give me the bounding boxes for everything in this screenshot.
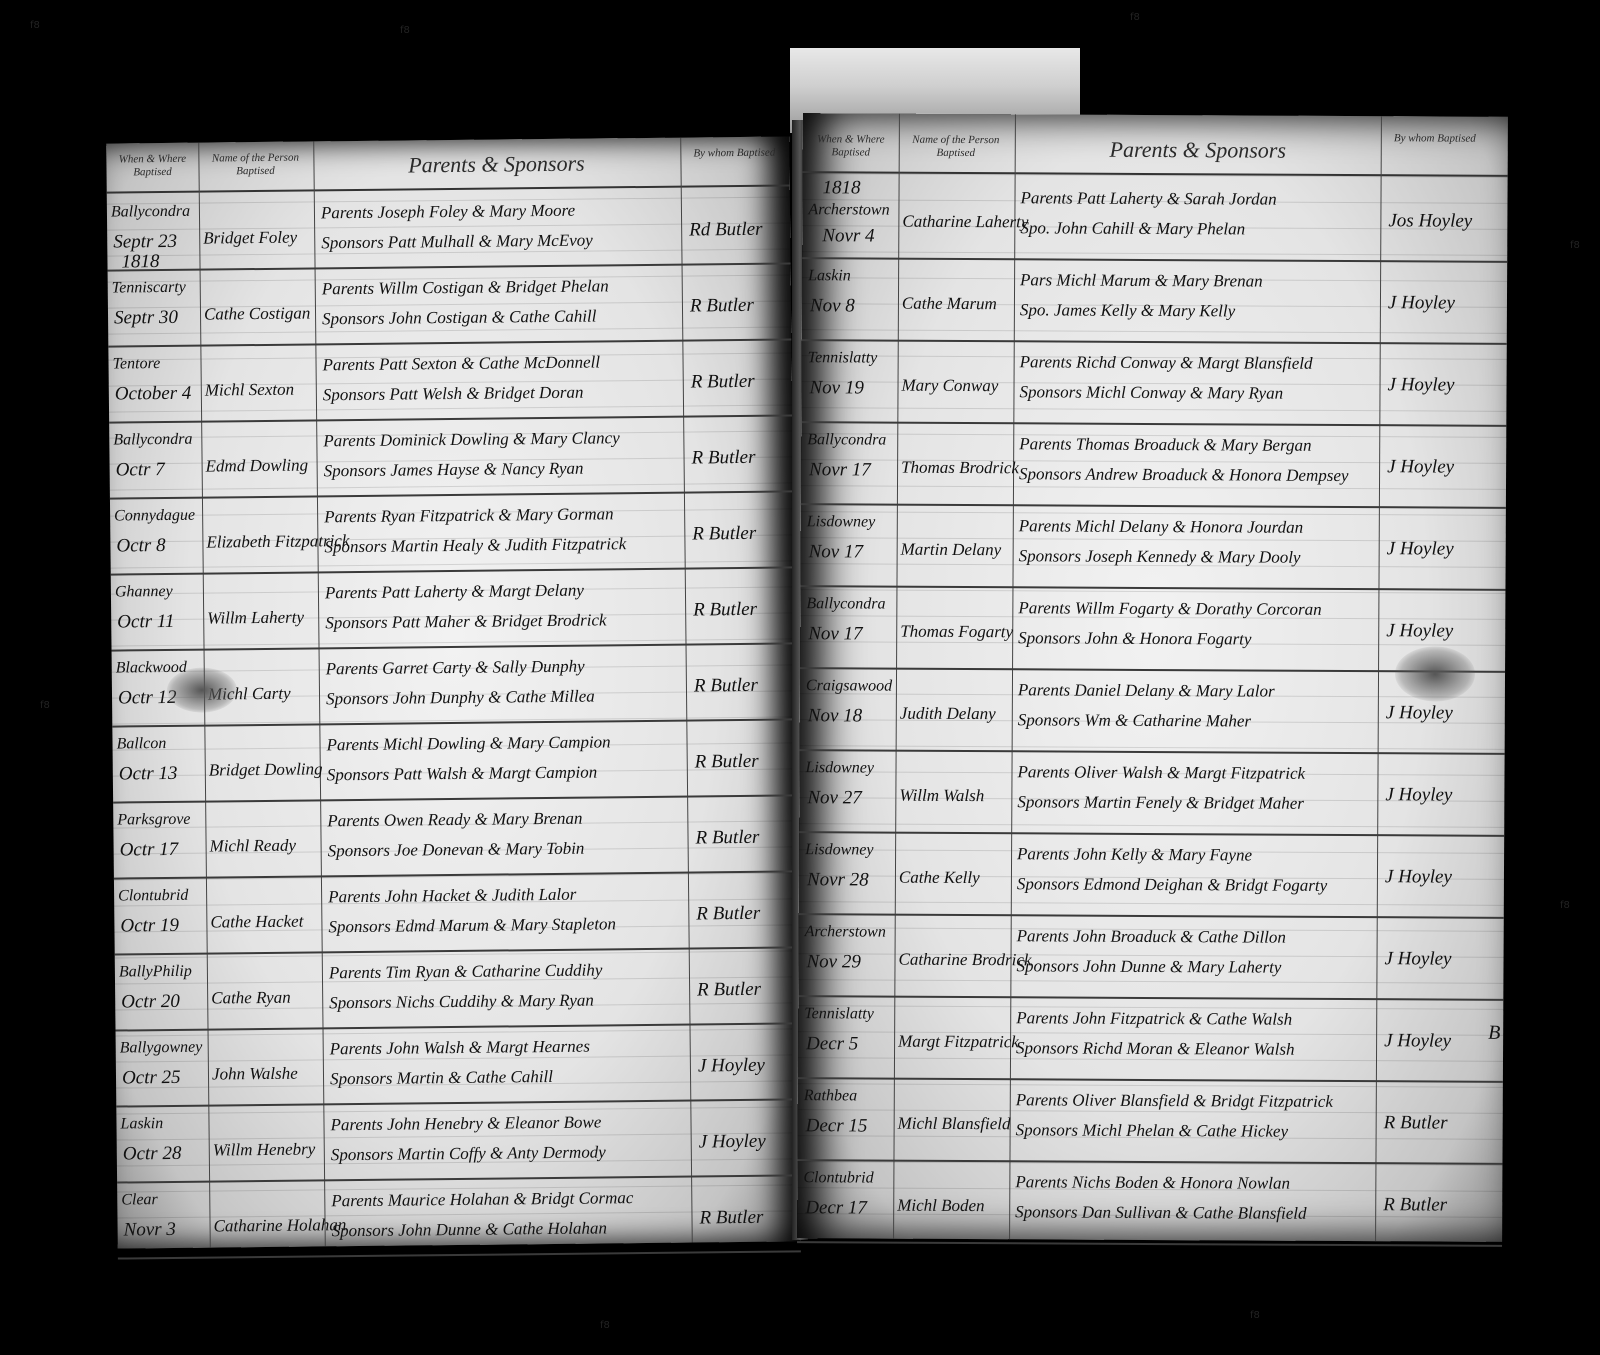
entry-place: Tenniscarty [112,279,186,298]
entry-place: Tentore [112,355,160,373]
entry-name: Cathe Hacket [210,912,303,933]
entry-place: Lisdowney [805,759,874,777]
entry-parents: Parents John Henebry & Eleanor Bowe [330,1112,601,1135]
register-entry: TentoreOctober 4Michl SextonParents Patt… [108,338,792,423]
entry-baptised-by: J Hoyley [1387,374,1454,396]
entry-baptised-by: Rd Butler [689,219,763,242]
entry-parents: Parents Tim Ryan & Catharine Cuddihy [329,960,603,983]
register-entry: ClontubridOctr 19Cathe HacketParents Joh… [114,870,798,955]
entry-date: Decr 5 [806,1033,858,1055]
entry-name: Margt Fitzpatrick [898,1032,1019,1053]
entry-baptised-by: J Hoyley [1386,702,1453,724]
entry-name: Bridget Dowling [209,759,323,780]
ink-stain [1395,646,1475,701]
entry-sponsors: Sponsors Andrew Broaduck & Honora Dempse… [1019,464,1349,486]
entry-sponsors: Sponsors Dan Sullivan & Cathe Blansfield [1015,1202,1306,1224]
entry-parents: Parents Patt Sexton & Cathe McDonnell [322,352,600,375]
entry-parents: Parents Willm Fogarty & Dorathy Corcoran [1018,598,1321,620]
entry-baptised-by: J Hoyley [1387,538,1454,560]
entry-parents: Parents Willm Costigan & Bridget Phelan [322,276,609,299]
entry-place: Laskin [808,267,851,285]
entry-baptised-by: R Butler [694,675,758,698]
entry-place: BallyPhilip [119,963,192,982]
entry-date: Nov 8 [810,295,855,317]
entry-place: Tennislatty [808,349,878,367]
watermark: f8 [1130,12,1140,23]
entry-sponsors: Spo. James Kelly & Mary Kelly [1020,300,1235,321]
entry-baptised-by: R Butler [699,1207,763,1230]
entry-baptised-by: J Hoyley [698,1055,765,1078]
entry-date: Novr 3 [124,1219,176,1242]
entry-place: Rathbea [804,1087,857,1105]
entry-name: Catharine Holahan [213,1215,346,1236]
entry-date: Octr 17 [120,839,179,862]
entry-sponsors: Sponsors Richd Moran & Eleanor Walsh [1016,1038,1295,1059]
entry-baptised-by: R Butler [1383,1194,1447,1216]
entry-baptised-by: R Butler [691,447,755,470]
register-entry: LisdowneyNov 27Willm WalshParents Oliver… [799,749,1504,837]
entry-sponsors: Sponsors Edmond Deighan & Bridgt Fogarty [1017,874,1327,896]
register-entry: LaskinOctr 28Willm HenebryParents John H… [116,1098,800,1183]
entry-name: Cathe Kelly [899,868,980,888]
entry-sponsors: Sponsors Michl Phelan & Cathe Hickey [1016,1120,1289,1141]
entry-date: Septr 23 [113,231,177,254]
right-page: When & Where Baptised Name of the Person… [797,113,1508,1242]
left-header-row: When & Where Baptised Name of the Person… [106,136,789,193]
entry-date: Nov 29 [806,951,860,973]
entry-sponsors: Sponsors John Dunne & Cathe Holahan [332,1218,607,1241]
entry-parents: Parents John Hacket & Judith Lalor [328,885,576,908]
register-entry: BallycondraOctr 7Edmd DowlingParents Dom… [109,414,793,499]
entry-date: Septr 30 [114,307,178,330]
entry-name: Michl Sexton [205,380,294,401]
entry-sponsors: Sponsors John Dunphy & Cathe Millea [326,687,595,710]
entry-date: Nov 19 [809,377,863,399]
entry-name: Michl Ready [209,836,296,857]
entry-baptised-by: R Butler [696,903,760,926]
entry-sponsors: Sponsors John Dunne & Mary Laherty [1016,956,1281,977]
entry-place: Lisdowney [805,841,874,859]
entry-baptised-by: R Butler [692,523,756,546]
entry-name: Willm Henebry [213,1139,316,1160]
entry-place: Parksgrove [117,811,190,830]
entry-date: Octr 13 [119,763,178,786]
entry-name: Bridget Foley [203,228,297,249]
header-name: Name of the Person Baptised [200,151,310,178]
entry-parents: Parents Owen Ready & Mary Brenan [327,809,582,832]
entry-place: Ballycondra [111,203,190,222]
register-entry: BallycondraNovr 17Thomas BrodrickParents… [801,421,1506,509]
entry-date: Nov 18 [808,705,862,727]
entry-sponsors: Sponsors Patt Walsh & Margt Campion [327,763,598,786]
register-entry: TennislattyNov 19Mary ConwayParents Rich… [801,339,1506,427]
register-entry: BallygowneyOctr 25John WalsheParents Joh… [116,1022,800,1107]
entry-date: Nov 17 [808,623,862,645]
entry-parents: Parents Joseph Foley & Mary Moore [321,201,575,224]
entry-name: Willm Laherty [207,608,304,629]
entry-sponsors: Sponsors Wm & Catharine Maher [1018,710,1251,731]
header-when-where: When & Where Baptised [805,133,897,159]
entry-parents: Pars Michl Marum & Mary Brenan [1020,270,1263,291]
entry-name: Michl Boden [897,1196,984,1216]
entry-place: Archerstown [805,923,886,941]
entry-sponsors: Sponsors James Hayse & Nancy Ryan [324,459,584,482]
header-parents-sponsors: Parents & Sponsors [1018,136,1378,164]
entry-sponsors: Sponsors John Costigan & Cathe Cahill [322,306,597,329]
entry-name: Thomas Fogarty [900,622,1013,643]
entry-parents: Parents Dominick Dowling & Mary Clancy [323,428,620,451]
entry-date: Octr 8 [116,535,165,558]
entry-place: Ballycondra [807,431,886,449]
entry-date: Nov 27 [807,787,861,809]
entry-sponsors: Sponsors Joseph Kennedy & Mary Dooly [1019,546,1301,567]
watermark: f8 [1560,900,1570,911]
entry-date: Novr 28 [807,869,869,891]
register-entry: ParksgroveOctr 17Michl ReadyParents Owen… [113,794,797,879]
entry-sponsors: Sponsors Martin Healy & Judith Fitzpatri… [324,534,626,557]
entry-place: Laskin [120,1115,163,1133]
entry-name: Martin Delany [901,540,1002,561]
entry-sponsors: Sponsors Patt Welsh & Bridget Doran [323,383,584,406]
entry-name: Cathe Costigan [204,303,310,324]
entry-sponsors: Sponsors Martin & Cathe Cahill [330,1067,553,1089]
entry-baptised-by: R Butler [1384,1112,1448,1134]
register-entry: BallyPhilipOctr 20Cathe RyanParents Tim … [115,946,799,1031]
entry-sponsors: Sponsors Joe Donevan & Mary Tobin [328,839,585,862]
entry-parents: Parents Patt Laherty & Sarah Jordan [1020,188,1276,209]
entry-date: Decr 15 [806,1115,868,1137]
entry-parents: Parents Maurice Holahan & Bridgt Cormac [331,1188,633,1211]
entry-sponsors: Sponsors Nichs Cuddihy & Mary Ryan [329,991,594,1014]
entry-place: Lisdowney [807,513,876,531]
entry-parents: Parents Oliver Walsh & Margt Fitzpatrick [1017,762,1305,784]
entry-sponsors: Sponsors Martin Fenely & Bridget Maher [1017,792,1304,814]
entry-date: Novr 17 [809,459,871,481]
header-by-whom: By whom Baptised [684,147,784,161]
entry-sponsors: Spo. John Cahill & Mary Phelan [1020,218,1245,239]
entry-date: Octr 20 [121,991,180,1014]
entry-baptised-by: J Hoyley [1386,620,1453,642]
entry-name: Catharine Laherty [902,212,1028,233]
entry-date: Octr 11 [117,611,174,634]
register-entry: ArcherstownNov 29Catharine BrodrickParen… [798,913,1503,1001]
entry-date: Octr 28 [123,1143,182,1166]
right-header-row: When & Where Baptised Name of the Person… [803,123,1508,177]
entry-parents: Parents Richd Conway & Margt Blansfield [1020,352,1313,374]
entry-place: Clontubrid [803,1169,873,1187]
entry-date: Octr 25 [122,1067,181,1090]
entry-name: Mary Conway [901,376,998,397]
entry-parents: Parents Nichs Boden & Honora Nowlan [1015,1172,1290,1193]
register-entry: ClearNovr 3Catharine HolahanParents Maur… [117,1174,801,1259]
header-name: Name of the Person Baptised [901,134,1011,161]
entry-place: Clear [121,1191,158,1209]
entry-name: Edmd Dowling [206,456,309,477]
entry-name: Michl Blansfield [898,1114,1011,1135]
entry-name: John Walshe [212,1064,298,1085]
entry-date: Octr 19 [120,915,179,938]
register-entry: GhanneyOctr 11Willm LahertyParents Patt … [111,566,795,651]
entry-year: 1818 [822,177,860,199]
entry-place: Connydague [114,507,195,526]
entry-baptised-by: J Hoyley [1388,292,1455,314]
entry-parents: Parents Garret Carty & Sally Dunphy [326,657,585,680]
entry-place: Ballcon [116,735,166,754]
watermark: f8 [400,25,410,36]
entry-place: Ballycondra [113,431,192,450]
entry-parents: Parents Ryan Fitzpatrick & Mary Gorman [324,504,614,527]
entry-date: Octr 7 [116,459,165,482]
header-when-where: When & Where Baptised [108,153,196,180]
header-by-whom: By whom Baptised [1385,132,1485,146]
entry-name: Willm Walsh [899,786,984,806]
entry-baptised-by: J Hoyley [1387,456,1454,478]
entry-baptised-by: R Butler [691,371,755,394]
entry-sponsors: Sponsors Edmd Marum & Mary Stapleton [328,914,616,937]
header-parents-sponsors: Parents & Sponsors [316,150,676,180]
entry-baptised-by: J Hoyley [699,1131,766,1154]
register-entry: ConnydagueOctr 8Elizabeth FitzpatrickPar… [110,490,794,575]
entry-sponsors: Sponsors Patt Mulhall & Mary McEvoy [321,231,593,254]
register-entry: BallconOctr 13Bridget DowlingParents Mic… [112,718,796,803]
watermark: f8 [1570,240,1580,251]
watermark: f8 [600,1320,610,1331]
entry-baptised-by: R Butler [693,599,757,622]
entry-name: Catharine Brodrick [898,950,1031,971]
watermark: f8 [40,700,50,711]
entry-date: October 4 [115,383,192,406]
entry-place: Clontubrid [118,887,188,906]
entry-name: Cathe Ryan [211,988,291,1009]
entry-date: Nov 17 [809,541,863,563]
entry-baptised-by: J Hoyley [1385,866,1452,888]
register-entry: BallycondraSeptr 231818Bridget FoleyPare… [107,186,791,271]
entry-parents: Parents Patt Laherty & Margt Delany [325,581,584,604]
entry-place: Ballygowney [120,1039,203,1058]
entry-parents: Parents John Broaduck & Cathe Dillon [1017,926,1286,947]
entry-baptised-by: R Butler [690,295,754,318]
register-entry: TenniscartySeptr 30Cathe CostiganParents… [108,262,792,347]
entry-sponsors: Sponsors Patt Maher & Bridget Brodrick [325,610,606,633]
watermark: f8 [1250,1310,1260,1321]
entry-parents: Parents Michl Dowling & Mary Campion [326,732,610,755]
register-entry: ClontubridDecr 17Michl BodenParents Nich… [797,1159,1502,1247]
entry-baptised-by: Jos Hoyley [1388,210,1472,232]
entry-name: Thomas Brodrick [901,458,1019,479]
register-entry: RathbeaDecr 15Michl BlansfieldParents Ol… [797,1077,1502,1165]
entry-place: Ballycondra [806,595,885,613]
watermark: f8 [30,20,40,31]
entry-parents: Parents John Fitzpatrick & Cathe Walsh [1016,1008,1292,1029]
entry-parents: Parents John Walsh & Margt Hearnes [330,1037,590,1060]
entry-date: Decr 17 [805,1197,867,1219]
entry-baptised-by: R Butler [697,979,761,1002]
entry-sponsors: Sponsors Michl Conway & Mary Ryan [1019,382,1283,403]
entry-place: Craigsawood [806,677,892,695]
entry-name: Judith Delany [900,704,996,725]
margin-mark: B [1488,1022,1500,1045]
entry-baptised-by: J Hoyley [1384,948,1451,970]
entry-place: Archerstown [808,201,889,219]
entry-place: Ghanney [115,583,173,602]
left-page: When & Where Baptised Name of the Person… [106,136,801,1248]
entry-sponsors: Sponsors Martin Coffy & Anty Dermody [331,1142,606,1165]
entry-baptised-by: J Hoyley [1385,784,1452,806]
register-entry: TennislattyDecr 5Margt FitzpatrickParent… [798,995,1503,1083]
entry-parents: Parents Oliver Blansfield & Bridgt Fitzp… [1016,1090,1333,1112]
entry-name: Cathe Marum [902,294,997,314]
entry-parents: Parents Michl Delany & Honora Jourdan [1019,516,1304,537]
register-entry: LisdowneyNov 17Martin DelanyParents Mich… [800,503,1505,591]
register-entry: 1818ArcherstownNovr 4Catharine LahertyPa… [802,175,1507,263]
entry-place: Tennislatty [804,1005,874,1023]
entry-parents: Parents Daniel Delany & Mary Lalor [1018,680,1275,701]
entry-date: Novr 4 [822,225,874,247]
entry-parents: Parents John Kelly & Mary Fayne [1017,844,1252,865]
entry-sponsors: Sponsors John & Honora Fogarty [1018,628,1251,649]
register-entry: LaskinNov 8Cathe MarumPars Michl Marum &… [802,257,1507,345]
register-entry: LisdowneyNovr 28Cathe KellyParents John … [799,831,1504,919]
entry-baptised-by: J Hoyley [1384,1030,1451,1052]
entry-baptised-by: R Butler [695,827,759,850]
entry-parents: Parents Thomas Broaduck & Mary Bergan [1019,434,1311,456]
entry-baptised-by: R Butler [695,751,759,774]
